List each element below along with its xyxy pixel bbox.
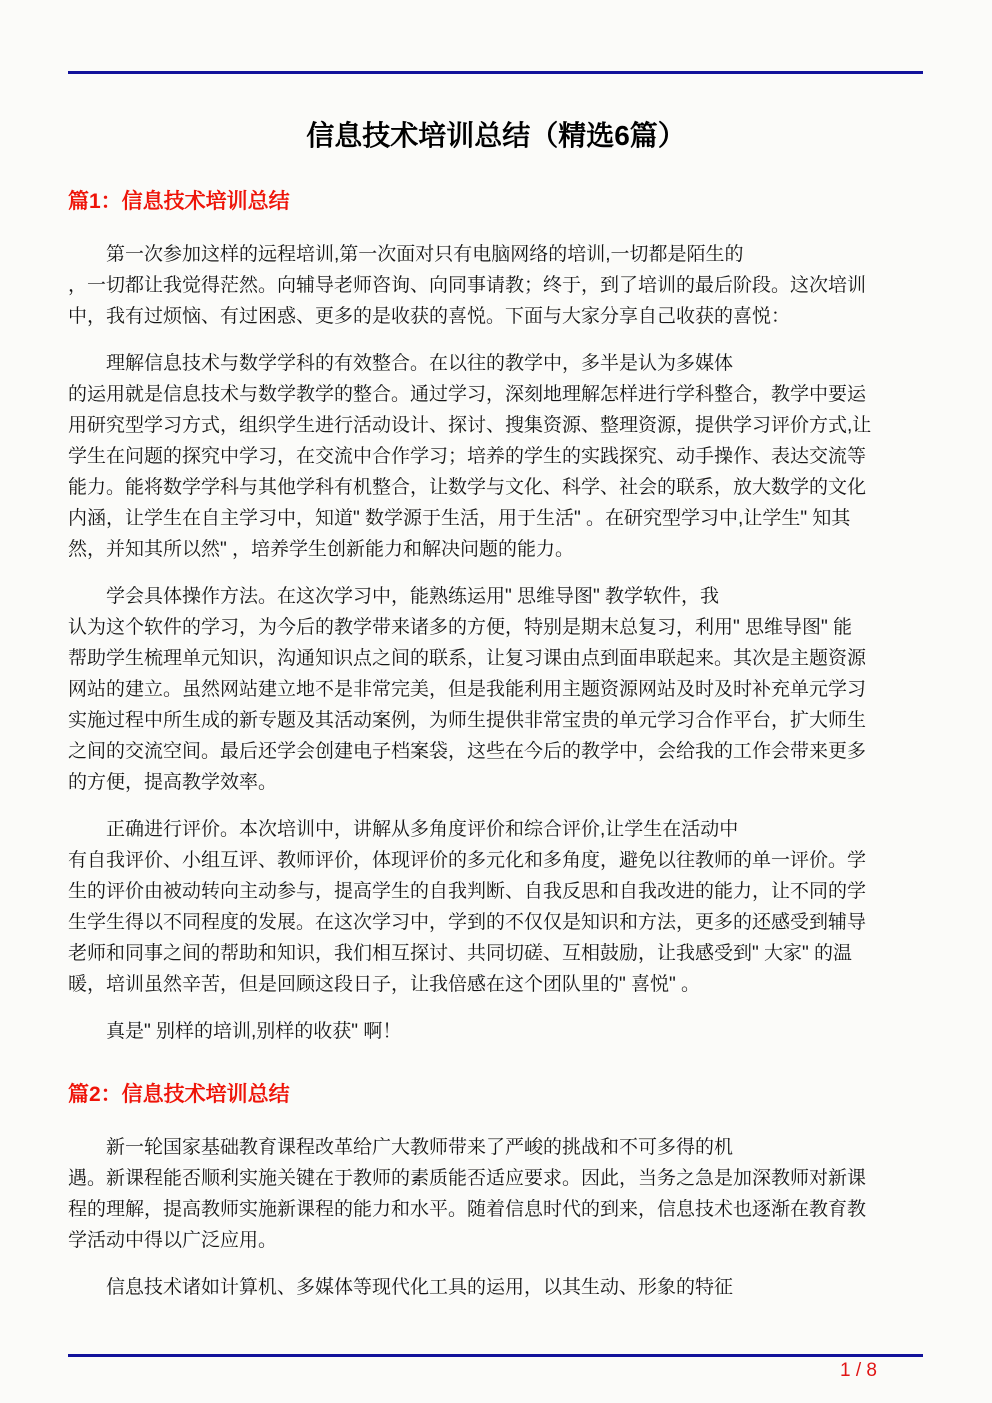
paragraph: 理解信息技术与数学学科的有效整合。在以往的教学中，多半是认为多媒体 的运用就是信…	[68, 348, 924, 565]
header-rule	[68, 71, 923, 74]
paragraph: 学会具体操作方法。在这次学习中，能熟练运用" 思维导图" 教学软件，我 认为这个…	[68, 581, 924, 798]
document-page: 信息技术培训总结（精选6篇） 篇1：信息技术培训总结 第一次参加这样的远程培训,…	[0, 0, 992, 1403]
paragraph: 新一轮国家基础教育课程改革给广大教师带来了严峻的挑战和不可多得的机 遇。新课程能…	[68, 1132, 924, 1256]
paragraph: 第一次参加这样的远程培训,第一次面对只有电脑网络的培训,一切都是陌生的 ，一切都…	[68, 239, 924, 332]
document-content: 信息技术培训总结（精选6篇） 篇1：信息技术培训总结 第一次参加这样的远程培训,…	[0, 0, 992, 1303]
section-heading: 篇2：信息技术培训总结	[68, 1080, 924, 1110]
document-title: 信息技术培训总结（精选6篇）	[68, 0, 924, 154]
section-heading: 篇1：信息技术培训总结	[68, 187, 924, 217]
page-number: 1 / 8	[840, 1359, 877, 1383]
paragraph: 正确进行评价。本次培训中，讲解从多角度评价和综合评价,让学生在活动中 有自我评价…	[68, 814, 924, 1000]
document-body: 篇1：信息技术培训总结 第一次参加这样的远程培训,第一次面对只有电脑网络的培训,…	[68, 187, 924, 1303]
paragraph: 信息技术诸如计算机、多媒体等现代化工具的运用，以其生动、形象的特征	[68, 1272, 924, 1303]
paragraph: 真是" 别样的培训,别样的收获" 啊！	[68, 1016, 924, 1047]
footer-rule	[68, 1354, 923, 1357]
